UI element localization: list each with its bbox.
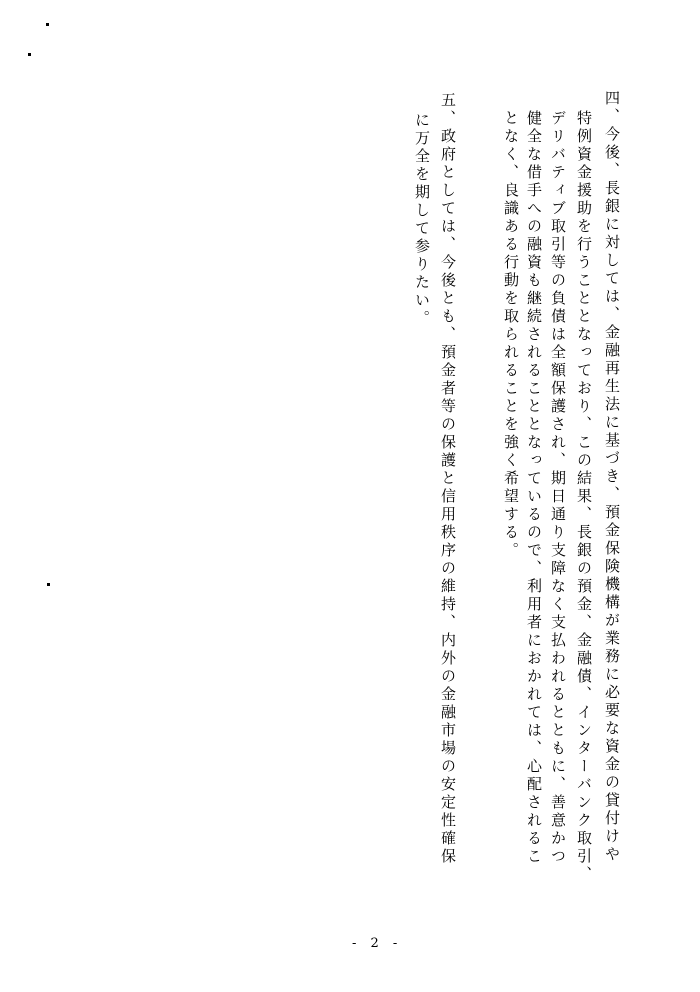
text-column-section4-line2: 特例資金援助を行うこととなっており、この結果、長銀の預金、金融債、インターバンク… xyxy=(576,110,591,884)
page-number: - 2 - xyxy=(352,936,402,951)
text-column-section5-line2: に万全を期して参りたい。 xyxy=(414,112,429,328)
scan-dust-speck xyxy=(46,23,49,26)
scan-dust-speck xyxy=(28,53,31,56)
text-column-section5-line1: 五、政府としては、今後とも、預金者等の保護と信用秩序の維持、内外の金融市場の安定… xyxy=(440,92,455,866)
text-column-section4-line5: となく、良識ある行動を取られることを強く希望する。 xyxy=(503,110,518,560)
scan-dust-speck xyxy=(47,583,50,586)
text-column-section4-line3: デリバティブ取引等の負債は全額保護され、期日通り支障なく支払われるとともに、善意… xyxy=(550,110,565,866)
text-column-section4-line4: 健全な借手への融資も継続されることとなっているので、利用者におかれては、心配され… xyxy=(526,110,541,866)
scanned-document-page: 四、今後、長銀に対しては、金融再生法に基づき、預金保険機構が業務に必要な資金の貸… xyxy=(0,0,700,992)
text-column-section4-line1: 四、今後、長銀に対しては、金融再生法に基づき、預金保険機構が業務に必要な資金の貸… xyxy=(604,90,619,864)
